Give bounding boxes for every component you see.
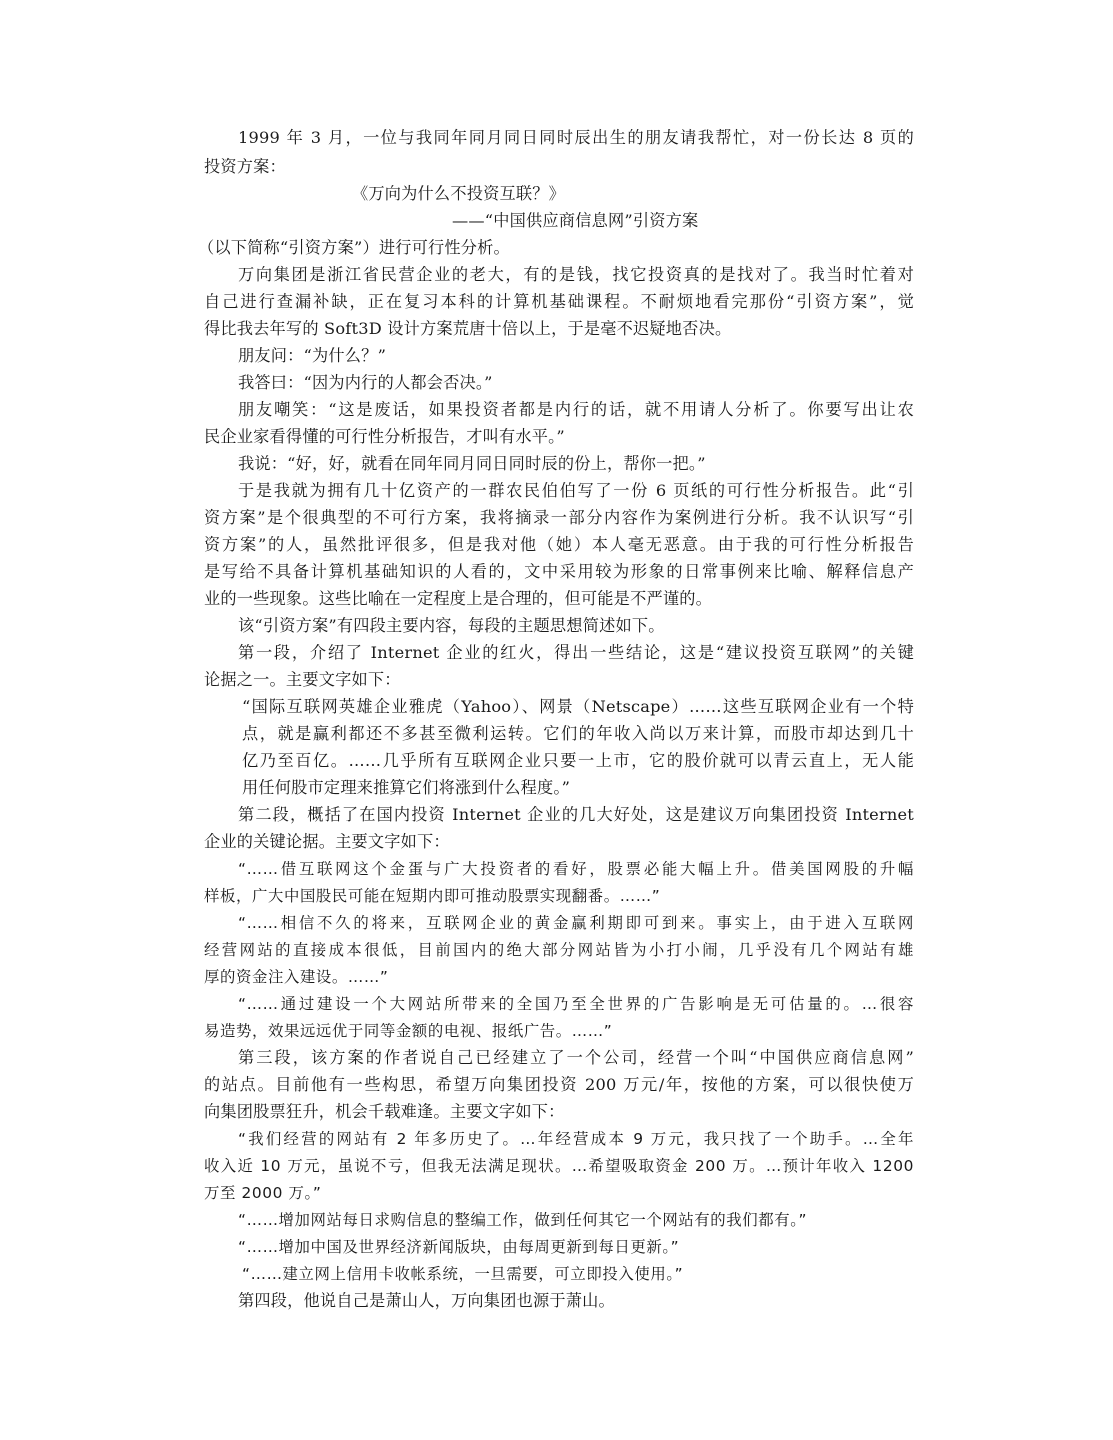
section-2-quote: “……相信不久的将来，互联网企业的黄金赢利期即可到来。事实上，由于进入互联网 — [238, 910, 914, 936]
paragraph-line: 业的一些现象。这些比喻在一定程度上是合理的，但可能是不严谨的。 — [204, 586, 914, 612]
section-2-quote: 易造势，效果远远优于同等金额的电视、报纸广告。……” — [204, 1018, 914, 1044]
summary-line: 该“引资方案”有四段主要内容，每段的主题思想简述如下。 — [238, 613, 948, 639]
paragraph-line: 自己进行查漏补缺，正在复习本科的计算机基础课程。不耐烦地看完那份“引资方案”，觉 — [204, 289, 914, 315]
plan-title: 《万向为什么不投资互联？》 — [352, 181, 1062, 207]
section-3-line: 向集团股票狂升，机会千载难逢。主要文字如下： — [204, 1099, 914, 1125]
section-1-quote: 用任何股市定理来推算它们将涨到什么程度。” — [242, 775, 952, 801]
section-1-line: 第一段，介绍了 Internet 企业的红火，得出一些结论，这是“建议投资互联网… — [238, 640, 914, 666]
section-2-quote: “……借互联网这个金蛋与广大投资者的看好，股票必能大幅上升。借美国网股的升幅 — [238, 856, 914, 882]
dialog-line: 我说：“好，好，就看在同年同月同日同时辰的份上，帮你一把。” — [238, 451, 948, 477]
document-page: 1999 年 3 月，一位与我同年同月同日同时辰出生的朋友请我帮忙，对一份长达 … — [0, 0, 1113, 1440]
paragraph-line: 资方案”的人，虽然批评很多，但是我对他（她）本人毫无恶意。由于我的可行性分析报告 — [204, 532, 914, 558]
section-2-quote: 厚的资金注入建设。……” — [204, 964, 914, 990]
section-2-line: 第二段，概括了在国内投资 Internet 企业的几大好处，这是建议万向集团投资… — [238, 802, 914, 828]
section-3-quote: “我们经营的网站有 2 年多历史了。…年经营成本 9 万元，我只找了一个助手。…… — [238, 1126, 914, 1152]
section-2-quote: 样板，广大中国股民可能在短期内即可推动股票实现翻番。……” — [204, 883, 914, 909]
section-3-line: 的站点。目前他有一些构思，希望万向集团投资 200 万元/年，按他的方案，可以很… — [204, 1072, 914, 1098]
intro-line-2: 投资方案： — [204, 154, 914, 180]
intro-line-1: 1999 年 3 月，一位与我同年同月同日同时辰出生的朋友请我帮忙，对一份长达 … — [238, 125, 914, 151]
plan-subtitle: ——“中国供应商信息网”引资方案 — [452, 208, 1113, 234]
section-3-quote: 万至 2000 万。” — [204, 1180, 914, 1206]
section-3-quote: 收入近 10 万元，虽说不亏，但我无法满足现状。…希望吸取资金 200 万。…预… — [204, 1153, 914, 1179]
dialog-line: 朋友问：“为什么？” — [238, 343, 948, 369]
section-3-quote: “……增加中国及世界经济新闻版块，由每周更新到每日更新。” — [238, 1234, 948, 1260]
dialog-line: 民企业家看得懂的可行性分析报告，才叫有水平。” — [204, 424, 914, 450]
dialog-line: 我答曰：“因为内行的人都会否决。” — [238, 370, 948, 396]
section-2-quote: “……通过建设一个大网站所带来的全国乃至全世界的广告影响是无可估量的。…很容 — [238, 991, 914, 1017]
paragraph-line: 得比我去年写的 Soft3D 设计方案荒唐十倍以上，于是毫不迟疑地否决。 — [204, 316, 914, 342]
dialog-line: 朋友嘲笑：“这是废话，如果投资者都是内行的话，就不用请人分析了。你要写出让农 — [238, 397, 914, 423]
section-1-quote: 点，就是赢利都还不多甚至微利运转。它们的年收入尚以万来计算，而股市却达到几十 — [242, 721, 914, 747]
paragraph-line: 于是我就为拥有几十亿资产的一群农民伯伯写了一份 6 页纸的可行性分析报告。此“引 — [238, 478, 914, 504]
section-4-line: 第四段，他说自己是萧山人，万向集团也源于萧山。 — [238, 1288, 948, 1314]
section-3-line: 第三段，该方案的作者说自己已经建立了一个公司，经营一个叫“中国供应商信息网” — [238, 1045, 914, 1071]
intro-line-3: （以下简称“引资方案”）进行可行性分析。 — [198, 235, 908, 261]
section-2-line: 企业的关键论据。主要文字如下： — [204, 829, 914, 855]
paragraph-line: 万向集团是浙江省民营企业的老大，有的是钱，找它投资真的是找对了。我当时忙着对 — [238, 262, 914, 288]
section-3-quote: “……建立网上信用卡收帐系统，一旦需要，可立即投入使用。” — [242, 1261, 952, 1287]
paragraph-line: 资方案”是个很典型的不可行方案，我将摘录一部分内容作为案例进行分析。我不认识写“… — [204, 505, 914, 531]
section-2-quote: 经营网站的直接成本很低，目前国内的绝大部分网站皆为小打小闹，几乎没有几个网站有雄 — [204, 937, 914, 963]
section-1-quote: “国际互联网英雄企业雅虎（Yahoo）、网景（Netscape）……这些互联网企… — [242, 694, 914, 720]
section-3-quote: “……增加网站每日求购信息的整编工作，做到任何其它一个网站有的我们都有。” — [238, 1207, 948, 1233]
section-1-line: 论据之一。主要文字如下： — [204, 667, 914, 693]
section-1-quote: 亿乃至百亿。……几乎所有互联网企业只要一上市，它的股价就可以青云直上，无人能 — [242, 748, 914, 774]
paragraph-line: 是写给不具备计算机基础知识的人看的，文中采用较为形象的日常事例来比喻、解释信息产 — [204, 559, 914, 585]
